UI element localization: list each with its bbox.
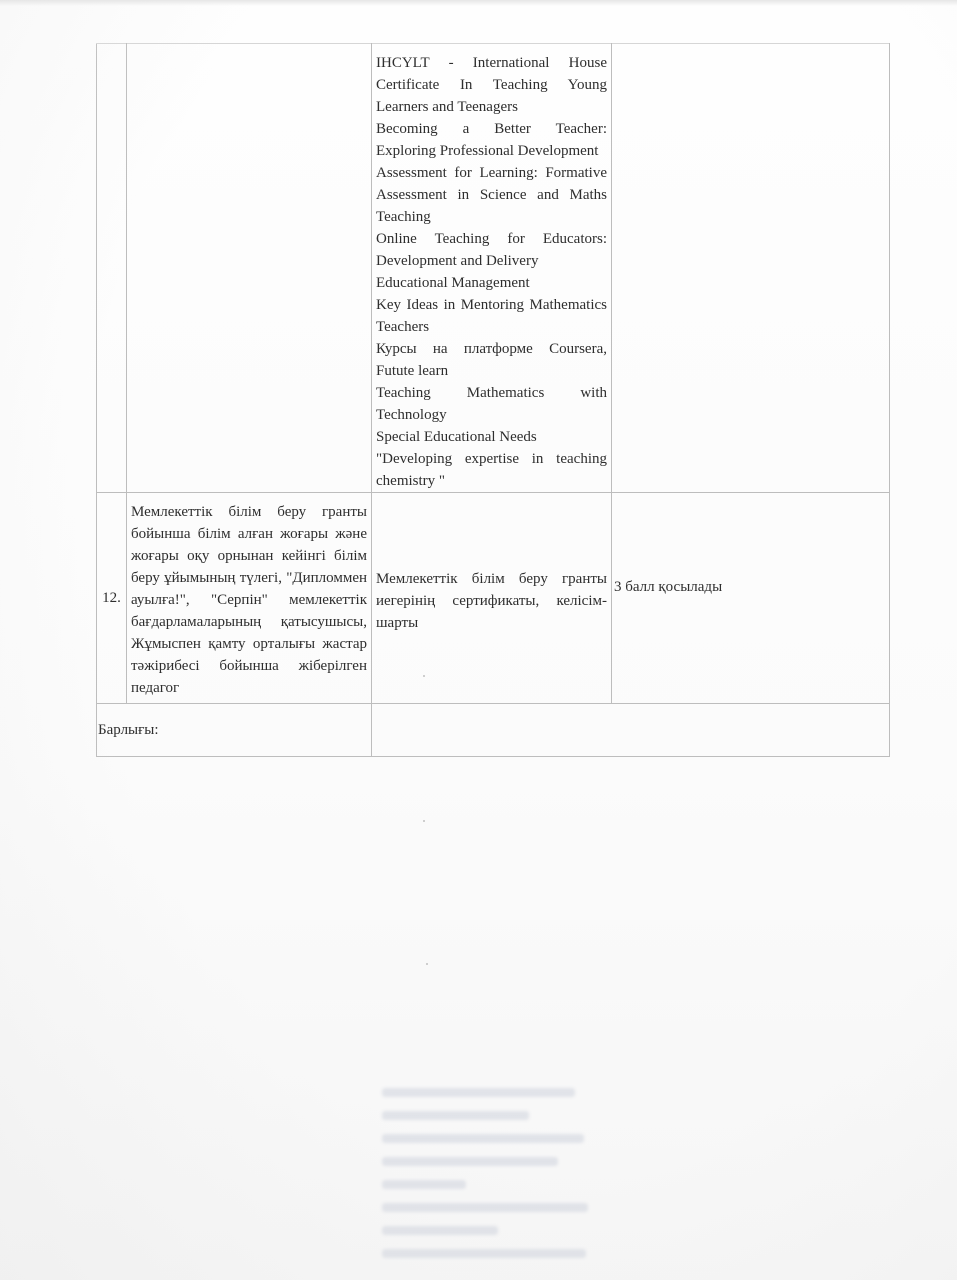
score-cell	[612, 44, 890, 493]
score-cell: 3 балл қосылады	[612, 493, 890, 704]
criteria-table: IHCYLT - International House Certificate…	[96, 43, 890, 757]
table-row-total: Барлығы:	[97, 704, 890, 757]
row-number-cell: 12.	[97, 493, 127, 704]
documents-cell: Мемлекеттік білім беру гранты иегерінің …	[372, 493, 612, 704]
score-text: 3 балл қосылады	[614, 576, 885, 598]
paper-speck	[426, 963, 428, 965]
criterion-cell	[127, 44, 372, 493]
course-item: Online Teaching for Educators: Developme…	[376, 228, 607, 272]
paper-top-edge	[0, 0, 957, 6]
course-item: Teaching Mathematics with Technology	[376, 382, 607, 426]
documents-text: Мемлекеттік білім беру гранты иегерінің …	[376, 568, 607, 634]
paper-speck	[423, 675, 425, 677]
course-item: Assessment for Learning: Formative Asses…	[376, 162, 607, 228]
course-item: "Developing expertise in teaching chemis…	[376, 448, 607, 492]
course-item: Key Ideas in Mentoring Mathematics Teach…	[376, 294, 607, 338]
criterion-text: Мемлекеттік білім беру гранты бойынша бі…	[131, 493, 367, 703]
course-item: Becoming a Better Teacher: Exploring Pro…	[376, 118, 607, 162]
criterion-cell: Мемлекеттік білім беру гранты бойынша бі…	[127, 493, 372, 704]
table-row-courses-continued: IHCYLT - International House Certificate…	[97, 44, 890, 493]
course-item: Educational Management	[376, 272, 607, 294]
course-list: IHCYLT - International House Certificate…	[376, 44, 607, 492]
total-value-cell	[372, 704, 890, 757]
bleed-through-text	[382, 1088, 592, 1272]
course-item: Курсы на платформе Coursera, Futute lear…	[376, 338, 607, 382]
paper-speck	[423, 820, 425, 822]
total-label: Барлығы:	[97, 704, 372, 757]
row-number-cell	[97, 44, 127, 493]
course-item: IHCYLT - International House Certificate…	[376, 52, 607, 118]
courses-cell: IHCYLT - International House Certificate…	[372, 44, 612, 493]
course-item: Special Educational Needs	[376, 426, 607, 448]
table-row-12: 12. Мемлекеттік білім беру гранты бойынш…	[97, 493, 890, 704]
